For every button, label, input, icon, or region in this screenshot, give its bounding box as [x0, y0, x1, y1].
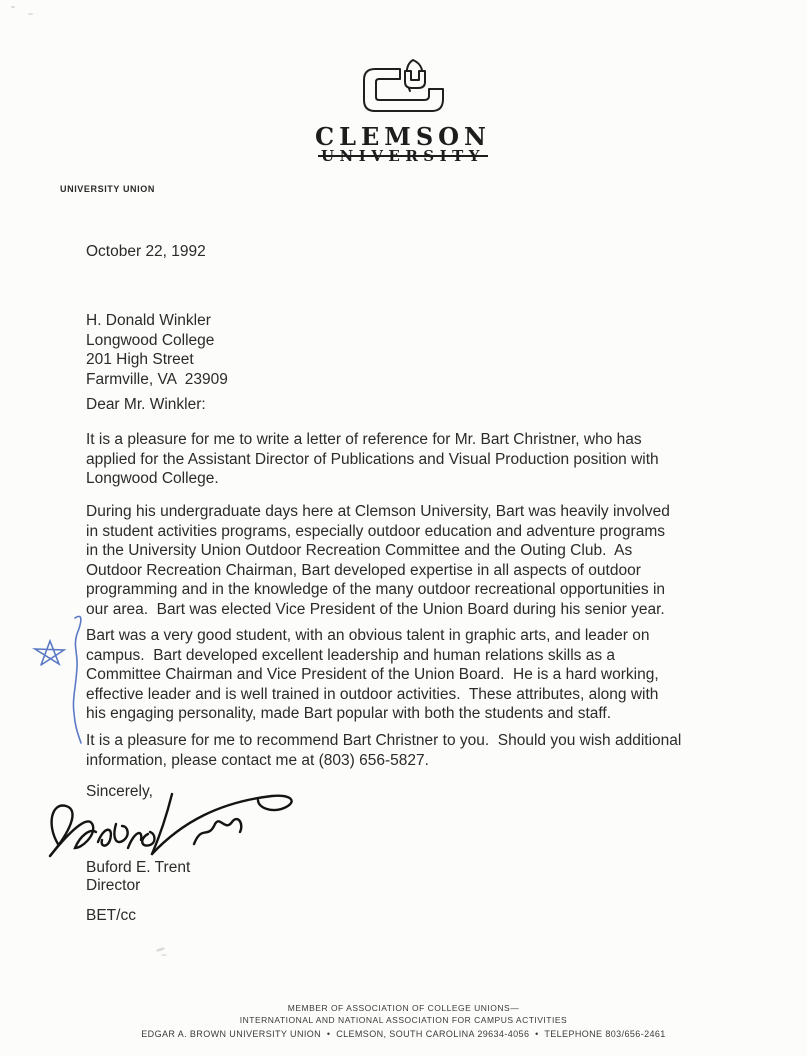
letter-date: October 22, 1992 [86, 242, 786, 262]
footer-address-line: EDGAR A. BROWN UNIVERSITY UNION • CLEMSO… [0, 1029, 807, 1039]
scan-speck [161, 954, 167, 956]
signer-title: Director [86, 876, 786, 896]
paragraph-4: It is a pleasure for me to recommend Bar… [86, 731, 786, 770]
reference-initials: BET/cc [86, 906, 786, 926]
paragraph-1: It is a pleasure for me to write a lette… [86, 430, 786, 489]
letter-page: CLEMSON UNIVERSITY UNIVERSITY UNION Octo… [0, 0, 807, 1056]
clemson-logo-icon [356, 58, 450, 124]
university-wordmark: UNIVERSITY [303, 147, 503, 165]
scan-speck [11, 6, 15, 8]
scan-speck [156, 947, 165, 953]
footer-member-line: MEMBER OF ASSOCIATION OF COLLEGE UNIONS— [0, 1003, 807, 1013]
signer-name: Buford E. Trent [86, 858, 786, 878]
department-label: UNIVERSITY UNION [60, 184, 155, 194]
footer-association-line: INTERNATIONAL AND NATIONAL ASSOCIATION F… [0, 1015, 807, 1025]
recipient-address: H. Donald Winkler Longwood College 201 H… [86, 311, 786, 389]
scan-speck [28, 13, 33, 15]
margin-annotation-star-bracket [30, 610, 90, 752]
paragraph-2: During his undergraduate days here at Cl… [86, 502, 786, 619]
salutation: Dear Mr. Winkler: [86, 395, 786, 415]
paragraph-3: Bart was a very good student, with an ob… [86, 626, 786, 724]
